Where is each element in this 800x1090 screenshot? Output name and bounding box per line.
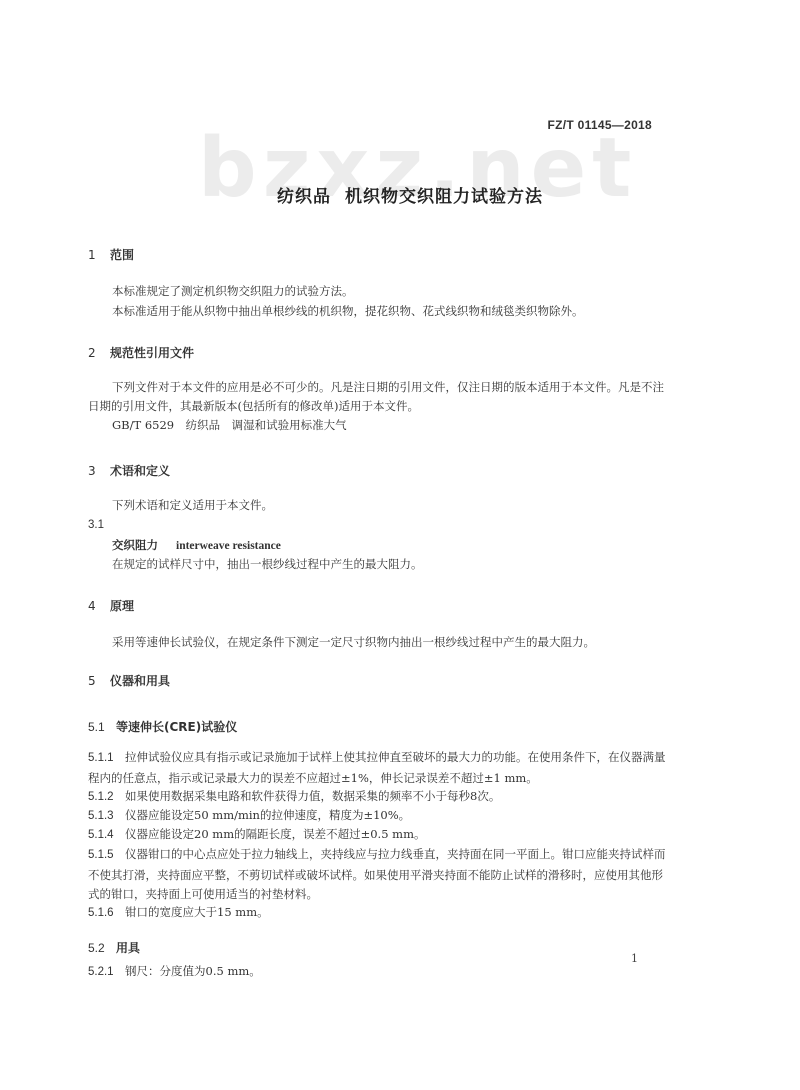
clause-5-1-3: 5.1.3仪器应能设定50 mm/min的拉伸速度，精度为±10%。 [88, 806, 668, 827]
title-part1: 纺织品 [277, 187, 331, 207]
document-page: bzxz.net FZ/T 01145—2018 纺织品机织物交织阻力试验方法 … [0, 0, 800, 1090]
page-number: 1 [631, 952, 638, 965]
section-4-heading: 4原理 [88, 597, 134, 614]
clause-5-1-4: 5.1.4仪器应能设定20 mm的隔距长度，误差不超过±0.5 mm。 [88, 825, 668, 846]
document-title: 纺织品机织物交织阻力试验方法 [0, 182, 800, 207]
clause-5-1-2: 5.1.2如果使用数据采集电路和软件获得力值，数据采集的频率不小于每秒8次。 [88, 787, 668, 808]
standard-number: FZ/T 01145—2018 [547, 118, 652, 132]
clause-5-1-1: 5.1.1拉伸试验仪应具有指示或记录施加于试样上使其拉伸直至破坏的最大力的功能。… [88, 748, 668, 788]
clause-5-1-5: 5.1.5仪器钳口的中心点应处于拉力轴线上，夹持线应与拉力线垂直，夹持面在同一平… [88, 845, 668, 905]
term-number: 3.1 [88, 516, 668, 535]
section-1-paragraph-2: 本标准适用于能从织物中抽出单根纱线的机织物，提花织物、花式线织物和绒毯类织物除外… [88, 302, 668, 321]
section-5-heading: 5仪器和用具 [88, 672, 170, 689]
term-heading: 交织阻力interweave resistance [88, 536, 668, 556]
term-definition: 在规定的试样尺寸中，抽出一根纱线过程中产生的最大阻力。 [88, 555, 668, 574]
section-3-heading: 3术语和定义 [88, 462, 170, 479]
section-4-paragraph: 采用等速伸长试验仪，在规定条件下测定一定尺寸织物内抽出一根纱线过程中产生的最大阻… [88, 633, 668, 652]
section-3-intro: 下列术语和定义适用于本文件。 [88, 496, 668, 515]
section-5-1-heading: 5.1等速伸长(CRE)试验仪 [88, 718, 237, 735]
section-1-heading: 1范围 [88, 246, 134, 263]
clause-5-1-6: 5.1.6钳口的宽度应大于15 mm。 [88, 903, 668, 924]
section-1-paragraph-1: 本标准规定了测定机织物交织阻力的试验方法。 [88, 282, 668, 301]
section-2-reference: GB/T 6529 纺织品 调湿和试验用标准大气 [88, 416, 668, 435]
title-part2: 机织物交织阻力试验方法 [345, 187, 543, 207]
section-2-heading: 2规范性引用文件 [88, 344, 194, 361]
section-2-paragraph: 下列文件对于本文件的应用是必不可少的。凡是注日期的引用文件，仅注日期的版本适用于… [88, 378, 668, 416]
section-5-2-heading: 5.2用具 [88, 939, 140, 956]
clause-5-2-1: 5.2.1钢尺：分度值为0.5 mm。 [88, 962, 668, 983]
